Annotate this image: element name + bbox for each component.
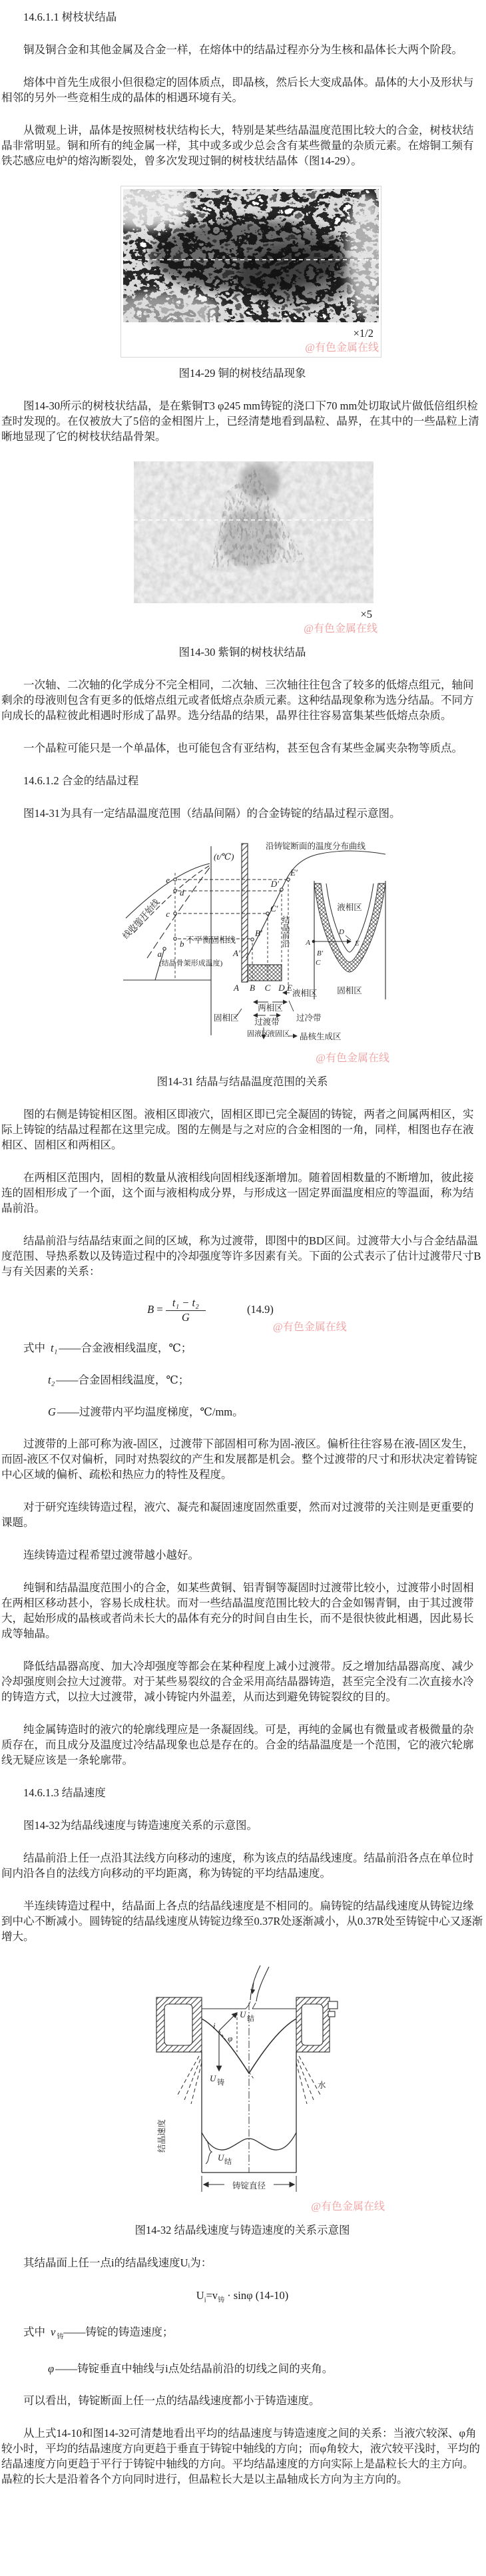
fig32-label-jie-sub-bottom: 结 bbox=[224, 2157, 232, 2166]
figure-14-32-diagram: U 结 i φ U 铸 水 结晶速度 U 结 铸锭直径 bbox=[155, 1964, 339, 2196]
formula-14-10-rest: · sinφ bbox=[224, 2289, 256, 2302]
formula-14-9-fraction: t₁ − t₂G bbox=[166, 1296, 206, 1324]
fig31-point-A-prime: A′ bbox=[232, 948, 240, 958]
fig31-label-two-phase: 两相区 bbox=[258, 1003, 283, 1013]
figure-14-32-caption: 图14-32 结晶线速度与铸造速度的关系示意图 bbox=[1, 2222, 483, 2238]
fig31-point-E-prime: E′ bbox=[290, 868, 298, 878]
fig32-label-jie-sub: 结 bbox=[247, 2013, 254, 2023]
formula-14-10-mid: =v bbox=[206, 2289, 218, 2302]
definition-symbol: v bbox=[45, 2326, 57, 2338]
figure-14-32: U 结 i φ U 铸 水 结晶速度 U 结 铸锭直径 @有色金属在线 图14-… bbox=[1, 1964, 483, 2238]
figure-14-30-scale: ×5 bbox=[134, 607, 377, 622]
fig31-label-solid-liquid: 固液区 bbox=[247, 1029, 269, 1038]
section-heading-14-6-1-2: 14.6.1.2 合金的结晶过程 bbox=[1, 773, 483, 788]
fig31-inset-B-prime: B′ bbox=[317, 949, 324, 957]
definition-text: ——合金液相线温度，℃； bbox=[59, 1342, 192, 1354]
figure-14-29: ×1/2 @有色金属在线 图14-29 铜的树枝结晶现象 bbox=[1, 186, 483, 381]
formula-14-9: B = t₁ − t₂G (14.9) @有色金属在线 bbox=[1, 1296, 483, 1324]
fig31-point-C-prime: C′ bbox=[270, 903, 278, 913]
paragraph: 对于研究连续铸造过程，液穴、凝壳和凝固速度固然重要，然而对过渡带的关注则是更重要… bbox=[1, 1499, 483, 1530]
fig31-label-nucleation-zone: 晶核生成区 bbox=[300, 1031, 342, 1041]
fig31-label-solid-region: 固相区 bbox=[214, 1013, 239, 1023]
figure-14-31: 沿铸锭断面的温度分布曲线 (t/℃) 线收缩开始线 不平衡固相线 (结晶骨架形成… bbox=[1, 838, 483, 1089]
figure-14-29-caption: 图14-29 铜的树枝结晶现象 bbox=[1, 366, 483, 381]
fig31-inset-E: E bbox=[354, 939, 360, 947]
definition-text: ——过渡带内平均温度梯度，℃/mm。 bbox=[57, 1406, 244, 1418]
paragraph: 一次轴、二次轴的化学成分不完全相同，二次轴、三次轴往往包含了较多的低熔点组元，轴… bbox=[1, 677, 483, 723]
definition-G: G——过渡带内平均温度梯度，℃/mm。 bbox=[1, 1404, 483, 1419]
paragraph: 降低结晶器高度、加大冷却强度等都会在某种程度上减小过渡带。反之增加结晶器高度、减… bbox=[1, 1659, 483, 1704]
fig31-inset-liquid-region: 液相区 bbox=[337, 902, 362, 912]
fig31-point-D-prime: D′ bbox=[270, 879, 279, 889]
fig31-letter-D: D bbox=[278, 983, 285, 993]
document-page: 14.6.1.1 树枝状结晶 铜及铜合金和其他金属及合金一样，在熔体中的结晶过程… bbox=[0, 0, 486, 2532]
fig31-inset-C: C bbox=[316, 959, 321, 967]
fig31-label-liquid-solid: 液固区 bbox=[268, 1029, 290, 1038]
fig31-inset-D: D bbox=[338, 928, 344, 936]
formula-14-9-number: (14.9) bbox=[247, 1303, 274, 1316]
fig31-label-crystal-front: 结晶前沿 bbox=[281, 915, 290, 948]
definition-symbol: t₂ bbox=[48, 1374, 56, 1386]
fig31-letter-E: E bbox=[286, 983, 292, 993]
paragraph: 在两相区范围内，固相的数量从液相线向固相线逐渐增加。随着固相数量的不断增加，彼此… bbox=[1, 1170, 483, 1216]
figure-14-31-caption: 图14-31 结晶与结晶温度范围的关系 bbox=[1, 1074, 483, 1089]
fig31-label-axis: (t/℃) bbox=[214, 852, 234, 862]
formula-14-10-zhu-sub: 铸 bbox=[218, 2297, 224, 2304]
paragraph: 结晶前沿与结晶结束面之间的区域，称为过渡带，即图中的BD区间。过渡带大小与合金结… bbox=[1, 1233, 483, 1279]
formula-14-9-eq: = bbox=[156, 1303, 162, 1316]
fig31-point-c: c bbox=[166, 909, 170, 919]
formula-14-10: Ui=v铸 · sinφ (14-10) bbox=[1, 2288, 483, 2308]
fig31-letter-B: B bbox=[250, 983, 255, 993]
fig31-letter-C: C bbox=[265, 983, 271, 993]
figure-14-29-photo bbox=[123, 189, 379, 322]
paragraph: 从微观上讲，晶体是按照树枝状结构长大，特别是某些结晶温度范围比较大的合金，树枝状… bbox=[1, 123, 483, 168]
definition-symbol: G bbox=[48, 1406, 57, 1418]
paragraph: 图14-31为具有一定结晶温度范围（结晶间隔）的合金铸锭的结晶过程示意图。 bbox=[1, 806, 483, 821]
paragraph: 图14-32为结晶线速度与铸造速度关系的示意图。 bbox=[1, 1818, 483, 1833]
paragraph: 可以看出，铸锭断面上任一点的结晶线速度都小于铸造速度。 bbox=[1, 2393, 483, 2408]
section-heading-14-6-1-3: 14.6.1.3 结晶速度 bbox=[1, 1785, 483, 1800]
fig31-label-supercool-zone: 过冷带 bbox=[296, 1013, 322, 1023]
paragraph: 半连续铸造过程中，结晶面上各点的结晶线速度是不相同的。扁铸锭的结晶线速度从铸锭边… bbox=[1, 1898, 483, 1944]
paragraph: 图的右侧是铸锭相区图。液相区即液穴，固相区即已完全凝固的铸锭，两者之间属两相区，… bbox=[1, 1107, 483, 1153]
formula-14-9-numerator: t₁ − t₂ bbox=[166, 1296, 206, 1311]
watermark: @有色金属在线 bbox=[123, 341, 379, 356]
fig32-label-U-jie-vector: U bbox=[240, 2009, 247, 2019]
figure-14-29-frame: ×1/2 @有色金属在线 bbox=[121, 186, 381, 358]
fig32-label-crystal-speed-axis: 结晶速度 bbox=[156, 2119, 166, 2153]
figure-14-29-scale: ×1/2 bbox=[123, 326, 379, 341]
fig32-label-water: 水 bbox=[318, 2080, 326, 2090]
paragraph: 结晶前沿上任一点沿其法线方向移动的速度，称为该点的结晶线速度。结晶前沿各点在单位… bbox=[1, 1850, 483, 1881]
fig31-label-noneq-solidus: 不平衡固相线 bbox=[186, 935, 236, 945]
figure-14-30-frame: ×5 @有色金属在线 bbox=[134, 461, 377, 637]
fig32-label-zhu-sub: 铸 bbox=[217, 2077, 224, 2087]
paragraph: 一个晶粒可能只是一个单晶体，也可能包含有亚结构，甚至包含有某些金属夹杂物等质点。 bbox=[1, 740, 483, 756]
fig32-label-ingot-diameter: 铸锭直径 bbox=[232, 2181, 266, 2190]
fig32-label-point-i: i bbox=[213, 2021, 216, 2031]
figure-14-30-caption: 图14-30 紫铜的树枝状结晶 bbox=[1, 644, 483, 660]
fig32-label-phi-angle: φ bbox=[228, 2033, 232, 2043]
definition-v-zhu: 式中v铸——铸锭的铸造速度； bbox=[1, 2324, 483, 2344]
watermark: @有色金属在线 bbox=[122, 1051, 389, 1066]
paragraph: 其结晶面上任一点i的结晶线速度Uᵢ为： bbox=[1, 2255, 483, 2270]
paragraph: 纯铜和结晶温度范围小的合金，如某些黄铜、铝青铜等凝固时过渡带比较小，过渡带小时固… bbox=[1, 1580, 483, 1641]
formula-14-9-denominator: G bbox=[166, 1311, 206, 1325]
figure-14-30: ×5 @有色金属在线 图14-30 紫铜的树枝状结晶 bbox=[1, 461, 483, 660]
formula-14-9-lhs: B bbox=[147, 1303, 154, 1316]
paragraph: 过渡带的上部可称为液-固区，过渡带下部固相可称为固-液区。偏析往往容易在液-固区… bbox=[1, 1436, 483, 1482]
definition-t1: 式中t₁——合金液相线温度，℃； bbox=[1, 1340, 483, 1356]
definition-symbol: φ bbox=[48, 2362, 55, 2375]
fig31-label-temp-curve: 沿铸锭断面的温度分布曲线 bbox=[266, 841, 366, 851]
paragraph: 图14-30所示的树枝状结晶，是在紫铜T3 φ245 mm铸锭的浇口下70 mm… bbox=[1, 398, 483, 444]
paragraph: 从上式14-10和图14-32可清楚地看出平均的结晶速度与铸造速度之间的关系：当… bbox=[1, 2426, 483, 2487]
figure-14-30-photo bbox=[134, 461, 373, 603]
definition-prefix: 式中 bbox=[23, 1342, 45, 1354]
definition-phi: φ——铸锭垂直中轴线与i点处结晶前沿的切线之间的夹角。 bbox=[1, 2361, 483, 2376]
fig32-label-U-zhu-vector: U bbox=[210, 2073, 217, 2083]
fig31-point-B-prime: B′ bbox=[255, 928, 262, 938]
definition-text: ——合金固相线温度，℃； bbox=[56, 1374, 189, 1386]
fig31-inset-solid-region: 固相区 bbox=[337, 985, 362, 995]
paragraph: 熔体中首先生成很小但很稳定的固体质点，即晶核，然后长大变成晶体。晶体的大小及形状… bbox=[1, 75, 483, 105]
definition-text: ——铸锭垂直中轴线与i点处结晶前沿的切线之间的夹角。 bbox=[55, 2362, 333, 2375]
fig31-point-a: a bbox=[158, 949, 162, 959]
definition-prefix: 式中 bbox=[23, 2326, 45, 2338]
fig31-point-b: b bbox=[180, 939, 184, 949]
paragraph: 连续铸造过程希望过渡带越小越好。 bbox=[1, 1547, 483, 1563]
figure-14-31-frame: 沿铸锭断面的温度分布曲线 (t/℃) 线收缩开始线 不平衡固相线 (结晶骨架形成… bbox=[122, 838, 389, 1066]
section-heading-14-6-1-1: 14.6.1.1 树枝状结晶 bbox=[1, 9, 483, 25]
formula-14-10-U: U bbox=[196, 2289, 204, 2302]
fig31-point-e: e bbox=[166, 875, 170, 885]
paragraph: 纯金属铸造时的液穴的轮廓线理应是一条凝固线。可是，再纯的金属也有微量或者极微量的… bbox=[1, 1722, 483, 1768]
fig31-label-skeleton-temp: (结晶骨架形成温度) bbox=[159, 958, 223, 967]
figure-14-31-diagram: 沿铸锭断面的温度分布曲线 (t/℃) 线收缩开始线 不平衡固相线 (结晶骨架形成… bbox=[122, 838, 389, 1047]
definition-text: ——铸锭的铸造速度； bbox=[63, 2326, 173, 2338]
fig31-point-d: d bbox=[180, 888, 184, 898]
fig31-label-transition-zone: 过渡带 bbox=[254, 1017, 280, 1027]
figure-14-32-frame: U 结 i φ U 铸 水 结晶速度 U 结 铸锭直径 @有色金属在线 bbox=[155, 1964, 385, 2214]
fig31-inset-A: A bbox=[305, 939, 310, 947]
watermark: @有色金属在线 bbox=[273, 1320, 347, 1335]
paragraph: 铜及铜合金和其他金属及合金一样，在熔体中的结晶过程亦分为生核和晶体长大两个阶段。 bbox=[1, 42, 483, 57]
watermark: @有色金属在线 bbox=[155, 2200, 385, 2214]
definition-t2: t₂——合金固相线温度，℃； bbox=[1, 1372, 483, 1388]
definition-symbol-sub: 铸 bbox=[57, 2333, 63, 2340]
formula-14-10-number: (14-10) bbox=[256, 2289, 288, 2302]
definition-symbol: t₁ bbox=[45, 1342, 59, 1354]
watermark: @有色金属在线 bbox=[134, 622, 377, 637]
fig31-label-liquid-region: 液相区 bbox=[292, 988, 318, 998]
fig31-letter-A: A bbox=[233, 983, 239, 993]
